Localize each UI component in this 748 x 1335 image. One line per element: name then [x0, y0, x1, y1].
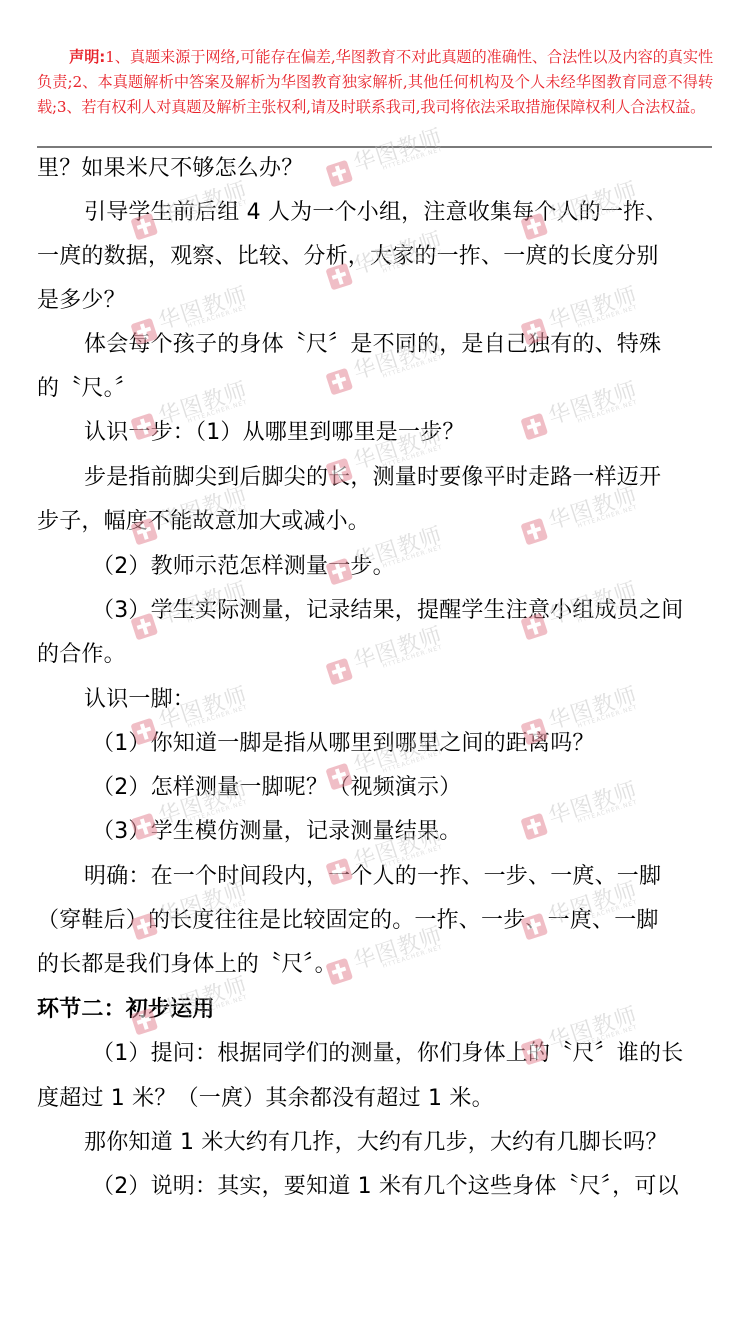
- paragraph-line: 的〝尺。〞: [37, 367, 137, 411]
- watermark-brand-text: 华图教师: [544, 373, 641, 431]
- paragraph-line: 度超过 1 米？（一庹）其余都没有超过 1 米。: [37, 1077, 494, 1121]
- watermark-url-text: HTTEACHER.NET: [577, 399, 639, 425]
- paragraph-line: （1）你知道一脚是指从哪里到哪里之间的距离吗？: [92, 722, 595, 766]
- watermark: 华图教师HTTEACHER.NET: [516, 366, 654, 450]
- paragraph-line: （1）提问：根据同学们的测量，你们身体上的〝尺〞谁的长: [92, 1032, 683, 1076]
- watermark-url-text: HTTEACHER.NET: [577, 799, 639, 825]
- watermark-logo-icon: [325, 658, 353, 686]
- paragraph-line: 是多少？: [37, 279, 126, 323]
- paragraph-line: 那你知道 1 米大约有几拃，大约有几步，大约有几脚长吗？: [84, 1121, 668, 1165]
- paragraph-line: （2）说明：其实，要知道 1 米有几个这些身体〝尺〞，可以: [92, 1165, 679, 1209]
- paragraph-line: （2）教师示范怎样测量一步。: [92, 545, 395, 589]
- paragraph-line: 的合作。: [37, 633, 126, 677]
- disclaimer: 声明:1、真题来源于网络,可能存在偏差,华图教育不对此真题的准确性、合法性以及内…: [37, 45, 713, 120]
- watermark-brand-text: 华图教师: [349, 120, 446, 178]
- paragraph-line: 引导学生前后组 4 人为一个小组，注意收集每个人的一拃、: [84, 191, 668, 235]
- paragraph-line: 步子，幅度不能故意加大或减小。: [37, 500, 370, 544]
- watermark-url-text: HTTEACHER.NET: [382, 146, 444, 172]
- disclaimer-label: 声明:: [69, 48, 105, 66]
- watermark-brand-text: 华图教师: [544, 773, 641, 831]
- paragraph-line: 认识一脚：: [84, 678, 195, 722]
- watermark-logo-icon: [520, 413, 548, 441]
- disclaimer-text: 1、真题来源于网络,可能存在偏差,华图教育不对此真题的准确性、合法性以及内容的真…: [37, 48, 713, 116]
- paragraph-line: 的长都是我们身体上的〝尺〞。: [37, 943, 337, 987]
- paragraph-line: （穿鞋后）的长度往往是比较固定的。一拃、一步、一庹、一脚: [37, 899, 659, 943]
- paragraph-line: 明确：在一个时间段内，一个人的一拃、一步、一庹、一脚: [84, 855, 661, 899]
- watermark: 华图教师HTTEACHER.NET: [321, 113, 459, 197]
- section-heading: 环节二：初步运用: [37, 988, 215, 1032]
- watermark-logo-icon: [520, 518, 548, 546]
- watermark: 华图教师HTTEACHER.NET: [516, 766, 654, 850]
- paragraph-line: （2）怎样测量一脚呢？（视频演示）: [92, 766, 461, 810]
- paragraph-line: 体会每个孩子的身体〝尺〞是不同的，是自己独有的、特殊: [84, 323, 661, 367]
- document-page: 声明:1、真题来源于网络,可能存在偏差,华图教育不对此真题的准确性、合法性以及内…: [0, 0, 748, 1335]
- watermark-url-text: HTTEACHER.NET: [382, 944, 444, 970]
- paragraph-line: 一庹的数据，观察、比较、分析，大家的一拃、一庹的长度分别: [37, 235, 659, 279]
- paragraph-line: 认识一步：（1）从哪里到哪里是一步？: [84, 411, 465, 455]
- paragraph-line: 步是指前脚尖到后脚尖的长，测量时要像平时走路一样迈开: [84, 456, 661, 500]
- paragraph-line: （3）学生模仿测量，记录测量结果。: [92, 810, 461, 854]
- watermark-url-text: HTTEACHER.NET: [382, 644, 444, 670]
- watermark-logo-icon: [325, 368, 353, 396]
- paragraph-line: 里？如果米尺不够怎么办？: [37, 147, 303, 191]
- watermark-url-text: HTTEACHER.NET: [577, 504, 639, 530]
- watermark-logo-icon: [325, 160, 353, 188]
- watermark-logo-icon: [520, 813, 548, 841]
- paragraph-line: （3）学生实际测量，记录结果，提醒学生注意小组成员之间: [92, 589, 683, 633]
